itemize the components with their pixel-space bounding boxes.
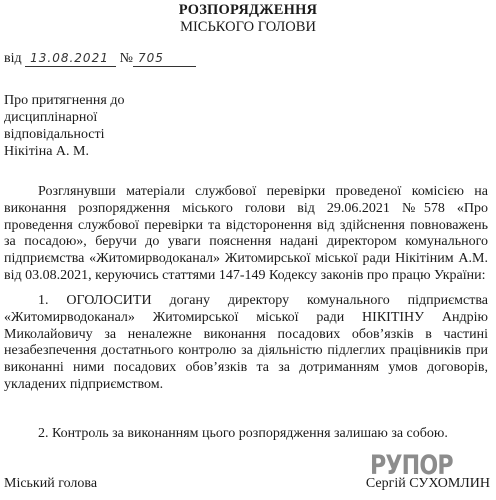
document-subtitle: МІСЬКОГО ГОЛОВИ (0, 19, 496, 36)
document-page: РОЗПОРЯДЖЕННЯ МІСЬКОГО ГОЛОВИ від 13.08.… (0, 0, 496, 500)
subject-line: дисциплінарної (4, 109, 204, 126)
subject-line: відповідальності (4, 126, 204, 143)
watermark-logo: РУПОР (370, 452, 436, 480)
subject-line: Про притягнення до (4, 92, 204, 109)
subject-line: Нікітіна А. М. (4, 143, 204, 160)
number-value: 705 (133, 50, 196, 67)
signatory-role: Міський голова (4, 475, 97, 492)
date-label: від (4, 51, 22, 66)
date-number-line: від 13.08.2021 №705 (4, 49, 196, 69)
date-value: 13.08.2021 (25, 50, 116, 67)
document-title: РОЗПОРЯДЖЕННЯ (0, 2, 496, 19)
document-heading: РОЗПОРЯДЖЕННЯ МІСЬКОГО ГОЛОВИ (0, 2, 496, 36)
order-item-2: 2. Контроль за виконанням цього розпоряд… (4, 426, 488, 443)
subject-block: Про притягнення до дисциплінарної відпов… (4, 92, 204, 160)
order-item-1: 1. ОГОЛОСИТИ догану директору комунально… (4, 293, 488, 394)
preamble-paragraph: Розглянувши матеріали службової перевірк… (4, 184, 488, 285)
number-label: № (120, 51, 133, 66)
